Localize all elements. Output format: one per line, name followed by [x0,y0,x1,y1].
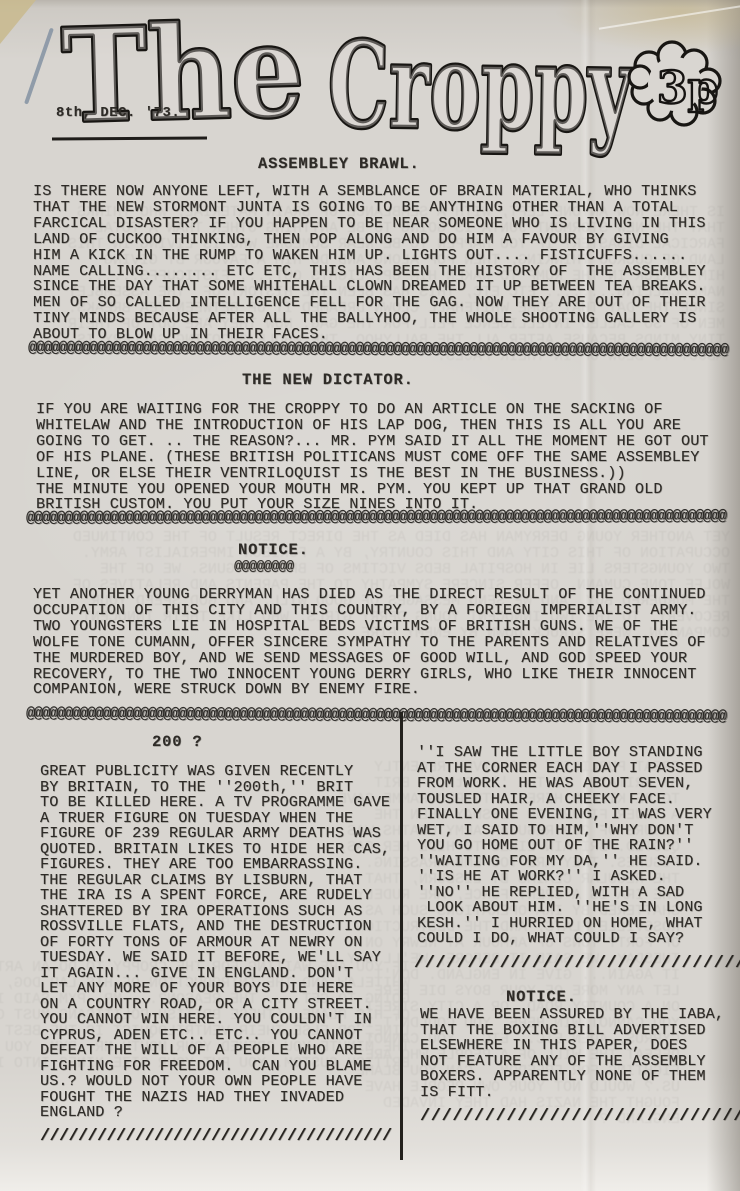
column-right-story: ''I SAW THE LITTLE BOY STANDING AT THE C… [417,745,712,947]
masthead-title-croppy: Croppy [327,15,636,158]
article-body-assembley-brawl: IS THERE NOW ANYONE LEFT, WITH A SEMBLAN… [33,184,706,343]
slash-divider: /////////////////////////////// [420,1107,740,1126]
notice-heading-underline: @@@@@@@@ [234,559,293,575]
at-symbol-divider: @@@@@@@@@@@@@@@@@@@@@@@@@@@@@@@@@@@@@@@@… [26,507,734,527]
article-body-new-dictator: IF YOU ARE WAITING FOR THE CROPPY TO DO … [36,402,709,513]
at-symbol-divider: @@@@@@@@@@@@@@@@@@@@@@@@@@@@@@@@@@@@@@@@… [28,339,736,359]
slash-divider: ////////////////////////////////////////… [40,1127,392,1146]
notice-body: YET ANOTHER YOUNG DERRYMAN HAS DIED AS T… [33,587,706,698]
newsletter-page: IS THERE NOW ANYONE LEFT, WITH A SEMBLAN… [0,0,740,1191]
notice-heading-right: NOTICE. [506,988,577,1006]
issue-date: 8th, DEC. '73. [56,106,180,121]
svg-text:Croppy: Croppy [327,15,636,158]
column-heading-200: 200 ? [152,733,203,751]
column-divider-rule [400,712,403,1160]
article-heading-assembley-brawl: ASSEMBLEY BRAWL. [258,155,420,173]
column-left-body: GREAT PUBLICITY WAS GIVEN RECENTLY BY BR… [40,764,390,1121]
notice-heading: NOTICE. [238,541,309,559]
svg-text:The: The [60,0,306,152]
at-symbol-divider: @@@@@@@@@@@@@@@@@@@@@@@@@@@@@@@@@@@@@@@@… [26,704,734,725]
masthead-title-the: The [60,0,306,152]
price-text: 3p [657,63,718,114]
column-right-notice-body: WE HAVE BEEN ASSURED BY THE IABA, THAT T… [420,1007,724,1100]
slash-divider: ///////////////////////////////// [414,954,740,973]
article-heading-new-dictator: THE NEW DICTATOR. [242,371,414,389]
